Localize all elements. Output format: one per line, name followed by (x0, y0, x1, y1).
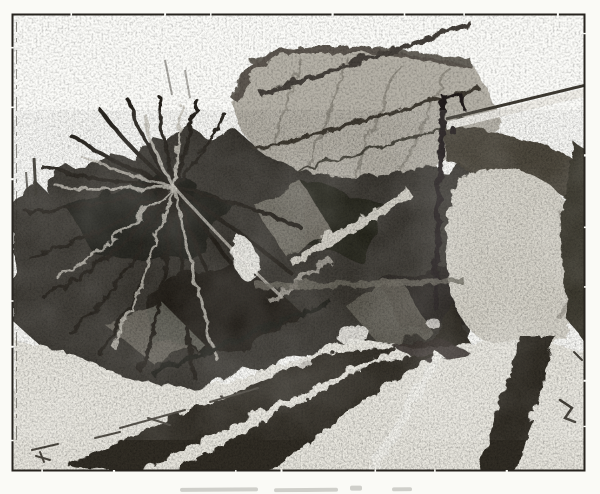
halftone-grain-overlay (13, 15, 584, 470)
wreckage-photo (0, 0, 600, 494)
caption-mark (350, 486, 362, 491)
caption-fragment (178, 479, 428, 493)
caption-mark (180, 487, 258, 492)
caption-mark (274, 488, 338, 492)
caption-mark (392, 487, 412, 491)
scanned-page (0, 0, 600, 494)
blotch-layer (13, 110, 584, 440)
